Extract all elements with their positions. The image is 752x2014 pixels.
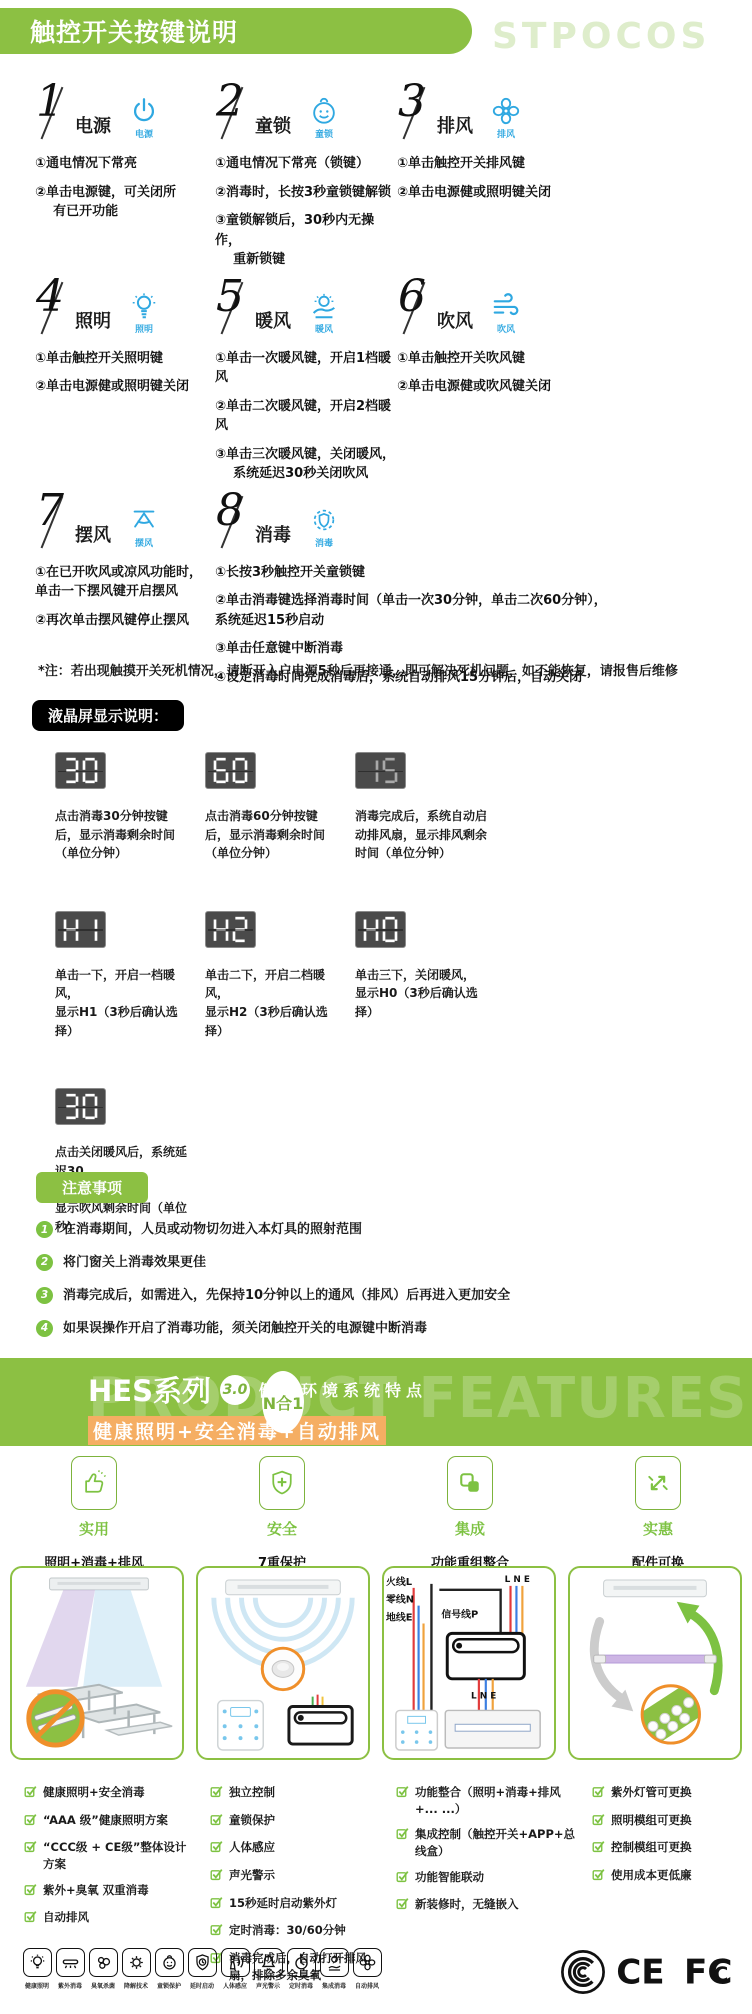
checklist-item: 童锁保护 [210, 1812, 382, 1831]
instruction-step: ①单击触控开关照明键 [35, 349, 215, 369]
checklist-text: 健康照明+安全消毒 [43, 1784, 145, 1803]
footer-icon-label: 声光警示 [256, 1981, 280, 1989]
section-number: 7 [35, 493, 71, 551]
instruction-step: ②再次单击摆风键停止摆风 [35, 611, 215, 631]
check-icon [210, 1922, 223, 1941]
wire-label-lne-mid: L N E [471, 1692, 496, 1702]
degrade-icon: 降解技术 [121, 1948, 151, 1990]
section-number: 2 [215, 84, 251, 142]
svg-text:CE: CE [616, 1954, 664, 1990]
function-section-电源: 1电源电源①通电情况下常亮②单击电源键，可关闭所 有已开功能 [35, 84, 215, 279]
checklist-text: “AAA 级”健康照明方案 [43, 1812, 168, 1831]
checklist-item: 独立控制 [210, 1784, 382, 1803]
checklist-item: 集成控制（触控开关+APP+总线盒） [396, 1826, 578, 1859]
lcd-display-item: 消毒完成后，系统自动启 动排风扇，显示排风剩余 时间（单位分钟） [355, 752, 505, 863]
feature-title: 安全 [258, 1518, 306, 1539]
icon-label: 排风 [497, 127, 515, 140]
function-name: 电源 [75, 112, 111, 138]
lcd-display-item: 点击消毒60分钟按键 后，显示消毒剩余时间 （单位分钟） [205, 752, 355, 863]
check-icon [210, 1867, 223, 1886]
precaution-item: 3消毒完成后，如需进入，先保持10分钟以上的通风（排风）后再进入更加安全 [36, 1287, 736, 1305]
product-illustrations: 火线L 零线N 地线E 信号线P L N E L N E [10, 1566, 742, 1760]
degrade-icon-box [122, 1948, 151, 1977]
function-section-吹风: 6吹风吹风①单击触控开关吹风键②单击电源健或吹风键关闭 [397, 279, 735, 493]
checklist-item: “CCC级 + CE级”整体设计方案 [24, 1839, 196, 1872]
banner-content: HES系列 3.0 健康环境系统特点 健康照明+安全消毒+自动排风 [88, 1369, 427, 1445]
integration-icon [447, 1456, 493, 1510]
icon-label: 吹风 [497, 322, 515, 335]
footer-icon-label: 集成消毒 [322, 1981, 346, 1989]
lcd-screen [355, 752, 406, 789]
page-title: 触控开关按键说明 [30, 13, 238, 49]
lcd-screen [55, 752, 106, 789]
integrated-disinfect-icon-box [320, 1948, 349, 1977]
lcd-caption: 点击消毒30分钟按键 后，显示消毒剩余时间 （单位分钟） [55, 807, 195, 863]
health-light-icon-box [23, 1948, 52, 1977]
timed-disinfect-icon-box [287, 1948, 316, 1977]
lcd-screen [55, 911, 106, 948]
footer-feature-icons: 健康照明紫外消毒臭氧杀菌降解技术童锁保护延时启动人体感应声光警示定时消毒集成消毒… [22, 1948, 382, 1990]
disinfect-icon: 消毒 [309, 505, 339, 549]
exhaust-fan-icon: 排风 [491, 96, 521, 140]
integrated-disinfect-icon: 集成消毒 [319, 1948, 349, 1990]
power-icon: 电源 [129, 96, 159, 140]
instruction-step: ②单击消毒键选择消毒时间（单击一次30分钟，单击二次60分钟）， 系统延迟15秒… [215, 591, 735, 630]
lcd-displays: 点击消毒30分钟按键 后，显示消毒剩余时间 （单位分钟）点击消毒60分钟按键 后… [55, 752, 695, 1236]
fcc-mark: FC C [684, 1954, 738, 1994]
timed-disinfect-icon: 定时消毒 [286, 1948, 316, 1990]
checklist-text: 声光警示 [229, 1867, 275, 1886]
illustration-disinfection-scene [10, 1566, 184, 1760]
feature-column-实用: 实用照明+消毒+排风 [44, 1456, 144, 1578]
precaution-text: 将门窗关上消毒效果更佳 [63, 1254, 206, 1272]
ce-mark: CE [616, 1954, 674, 1994]
function-section-排风: 3排风排风①单击触控开关排风键②单击电源健或照明键关闭 [397, 84, 735, 279]
lcd-display-item: 单击三下，关闭暖风， 显示H0（3秒后确认选择） [355, 911, 505, 1040]
function-name: 童锁 [255, 112, 291, 138]
footer-icon-label: 降解技术 [124, 1981, 148, 1989]
feature-title: 集成 [431, 1518, 509, 1539]
footer: 健康照明紫外消毒臭氧杀菌降解技术童锁保护延时启动人体感应声光警示定时消毒集成消毒… [22, 1948, 738, 1999]
check-icon [24, 1812, 37, 1831]
checklist-text: 15秒延时启动紫外灯 [229, 1895, 337, 1914]
checklist-text: 童锁保护 [229, 1812, 275, 1831]
ozone-sterilize-icon-box [89, 1948, 118, 1977]
precaution-item: 1在消毒期间，人员或动物切勿进入本灯具的照射范围 [36, 1221, 736, 1239]
footer-icon-label: 童锁保护 [157, 1981, 181, 1989]
auto-exhaust-icon: 自动排风 [352, 1948, 382, 1990]
certifications: CE FC C [560, 1949, 738, 1999]
function-name: 吹风 [437, 307, 473, 333]
precaution-number: 4 [36, 1320, 53, 1337]
button-instructions: 1电源电源①通电情况下常亮②单击电源键，可关闭所 有已开功能2童锁童锁①通电情况… [35, 84, 735, 696]
checklist-item: 健康照明+安全消毒 [24, 1784, 196, 1803]
checklist-item: 新装修时，无缝嵌入 [396, 1896, 578, 1915]
wire-label-neutral: 零线N [386, 1593, 414, 1606]
instruction-step: ①通电情况下常亮 [35, 154, 215, 174]
icon-label: 童锁 [315, 127, 333, 140]
feature-title: 实惠 [632, 1518, 684, 1539]
instruction-step: ②单击二次暖风键，开启2档暖风 [215, 397, 397, 436]
checklist-item: 自动排风 [24, 1909, 196, 1928]
precaution-number: 1 [36, 1221, 53, 1238]
checklist-text: 独立控制 [229, 1784, 275, 1803]
checklist-item: 15秒延时启动紫外灯 [210, 1895, 382, 1914]
wiring-diagram: 火线L 零线N 地线E 信号线P L N E L N E [384, 1568, 554, 1758]
lcd-screen [55, 1088, 106, 1125]
icon-label: 暖风 [315, 322, 333, 335]
instruction-step: ②单击电源健或照明键关闭 [397, 183, 735, 203]
instruction-step: ③童锁解锁后，30秒内无操作， 重新锁键 [215, 211, 397, 270]
lcd-caption: 单击三下，关闭暖风， 显示H0（3秒后确认选择） [355, 966, 495, 1022]
check-icon [396, 1784, 409, 1817]
precaution-text: 如果误操作开启了消毒功能，须关闭触控开关的电源键中断消毒 [63, 1320, 427, 1338]
feature-title: 实用 [44, 1518, 144, 1539]
function-section-暖风: 5暖风暖风①单击一次暖风键，开启1档暖风②单击二次暖风键，开启2档暖风③单击三次… [215, 279, 397, 493]
ccc-mark [560, 1949, 606, 1999]
checklist-item: 紫外灯管可更换 [592, 1784, 752, 1803]
check-icon [396, 1826, 409, 1859]
lcd-caption: 点击消毒60分钟按键 后，显示消毒剩余时间 （单位分钟） [205, 807, 345, 863]
features-banner: PRODUCT FEATURES HES系列 3.0 健康环境系统特点 健康照明… [0, 1358, 752, 1446]
footer-icon-label: 健康照明 [25, 1981, 49, 1989]
footer-icon-label: 延时启动 [190, 1981, 214, 1989]
swap-icon [635, 1456, 681, 1510]
precaution-number: 3 [36, 1287, 53, 1304]
check-icon [592, 1867, 605, 1886]
precaution-text: 消毒完成后，如需进入，先保持10分钟以上的通风（排风）后再进入更加安全 [63, 1287, 510, 1305]
illustration-body-sensor [196, 1566, 370, 1760]
lcd-screen [355, 911, 406, 948]
checklist-text: 功能智能联动 [415, 1869, 484, 1888]
checklist-text: 集成控制（触控开关+APP+总线盒） [415, 1826, 578, 1859]
instruction-step: ②单击电源健或吹风键关闭 [397, 377, 735, 397]
checklist-item: 控制模组可更换 [592, 1839, 752, 1858]
illustration-wiring-diagram: 火线L 零线N 地线E 信号线P L N E L N E [382, 1566, 556, 1760]
feature-columns: 实用照明+消毒+排风安全7重保护集成功能重组整合实惠配件可换 [0, 1456, 752, 1578]
child-lock-small-icon-box [155, 1948, 184, 1977]
child-lock-small-icon: 童锁保护 [154, 1948, 184, 1990]
function-name: 摆风 [75, 521, 111, 547]
checklist-text: 照明模组可更换 [611, 1812, 692, 1831]
delay-start-icon-box [188, 1948, 217, 1977]
check-icon [210, 1895, 223, 1914]
instruction-step: ①在已开吹风或凉风功能时， 单击一下摆风键开启摆风 [35, 563, 215, 602]
page-header: 触控开关按键说明 [0, 8, 472, 54]
icon-label: 消毒 [315, 536, 333, 549]
checklist-text: 人体感应 [229, 1839, 275, 1858]
check-icon [24, 1839, 37, 1872]
lcd-screen [205, 752, 256, 789]
check-icon [24, 1882, 37, 1901]
checklist-text: 定时消毒：30/60分钟 [229, 1922, 346, 1941]
section-number: 3 [397, 84, 433, 142]
precaution-text: 在消毒期间，人员或动物切勿进入本灯具的照射范围 [63, 1221, 362, 1239]
svg-text:C: C [714, 1963, 729, 1986]
checklist-item: 声光警示 [210, 1867, 382, 1886]
instruction-step: ②单击电源健或照明键关闭 [35, 377, 215, 397]
checklist-text: 新装修时，无缝嵌入 [415, 1896, 519, 1915]
footer-icon-label: 自动排风 [355, 1981, 379, 1989]
feature-column-安全: 安全7重保护 [258, 1456, 306, 1578]
lcd-display-item: 单击一下，开启一档暖风， 显示H1（3秒后确认选择） [55, 911, 205, 1040]
light-icon: 照明 [129, 291, 159, 335]
lcd-caption: 单击一下，开启一档暖风， 显示H1（3秒后确认选择） [55, 966, 195, 1040]
feature-column-实惠: 实惠配件可换 [632, 1456, 684, 1578]
precautions-list: 1在消毒期间，人员或动物切勿进入本灯具的照射范围2将门窗关上消毒效果更佳3消毒完… [36, 1221, 736, 1338]
checklist-text: 使用成本更低廉 [611, 1867, 692, 1886]
checklist-item: 使用成本更低廉 [592, 1867, 752, 1886]
delay-start-icon: 延时启动 [187, 1948, 217, 1990]
ozone-sterilize-icon: 臭氧杀菌 [88, 1948, 118, 1990]
sound-light-alert-icon-box [254, 1948, 283, 1977]
check-icon [396, 1896, 409, 1915]
series-name: HES系列 [88, 1369, 211, 1410]
note-text: *注：若出现触摸开关死机情况，请断开入户电源5秒后再接通，即可解决死机问题，如不… [38, 660, 738, 679]
lcd-caption: 单击二下，开启二档暖风， 显示H2（3秒后确认选择） [205, 966, 345, 1040]
check-icon [592, 1839, 605, 1858]
wire-label-lne-top: L N E [505, 1575, 530, 1585]
swing-icon: 摆风 [129, 505, 159, 549]
precaution-item: 4如果误操作开启了消毒功能，须关闭触控开关的电源键中断消毒 [36, 1320, 736, 1338]
instruction-step: ③单击任意键中断消毒 [215, 639, 735, 659]
n-in-1-badge: N合1 [262, 1371, 304, 1433]
footer-icon-label: 定时消毒 [289, 1981, 313, 1989]
section-number: 8 [215, 493, 251, 551]
classroom-disinfection-illustration [12, 1568, 182, 1758]
check-icon [24, 1909, 37, 1928]
page: 触控开关按键说明 STPOCOS 1电源电源①通电情况下常亮②单击电源键，可关闭… [0, 0, 752, 2014]
sound-light-alert-icon: 声光警示 [253, 1948, 283, 1990]
lcd-display-item: 单击二下，开启二档暖风， 显示H2（3秒后确认选择） [205, 911, 355, 1040]
uv-disinfect-icon: 紫外消毒 [55, 1948, 85, 1990]
lcd-display-item: 点击消毒30分钟按键 后，显示消毒剩余时间 （单位分钟） [55, 752, 205, 863]
checklist-item: 功能智能联动 [396, 1869, 578, 1888]
checklist-item: 紫外+臭氧 双重消毒 [24, 1882, 196, 1901]
instruction-step: ③单击三次暖风键，关闭暖风， 系统延迟30秒关闭吹风 [215, 445, 397, 484]
check-icon [210, 1839, 223, 1858]
precaution-item: 2将门窗关上消毒效果更佳 [36, 1254, 736, 1272]
checklist-text: 自动排风 [43, 1909, 89, 1928]
function-section-童锁: 2童锁童锁①通电情况下常亮（锁键）②消毒时，长按3秒童锁键解锁③童锁解锁后，30… [215, 84, 397, 279]
shield-cross-icon [259, 1456, 305, 1510]
version-badge: 3.0 [220, 1375, 250, 1405]
sensor-control-illustration [198, 1568, 368, 1758]
wire-label-earth: 地线E [386, 1611, 413, 1624]
lcd-section-title: 液晶屏显示说明： [32, 700, 184, 731]
checklist-item: 定时消毒：30/60分钟 [210, 1922, 382, 1941]
checklist-text: 紫外灯管可更换 [611, 1784, 692, 1803]
child-lock-icon: 童锁 [309, 96, 339, 140]
icon-label: 电源 [135, 127, 153, 140]
checklist-text: 控制模组可更换 [611, 1839, 692, 1858]
precautions-section: 注意事项 1在消毒期间，人员或动物切勿进入本灯具的照射范围2将门窗关上消毒效果更… [36, 1172, 736, 1353]
instruction-step: ①单击触控开关吹风键 [397, 349, 735, 369]
illustration-replaceable-parts [568, 1566, 742, 1760]
body-sensor-icon-box [221, 1948, 250, 1977]
check-icon [24, 1784, 37, 1803]
blow-icon: 吹风 [491, 291, 521, 335]
check-icon [396, 1869, 409, 1888]
wire-label-live: 火线L [386, 1575, 413, 1588]
instruction-step: ①单击一次暖风键，开启1档暖风 [215, 349, 397, 388]
brand-watermark: STPOCOS [492, 16, 710, 57]
checklist-text: 功能整合（照明+消毒+排风+... ...） [415, 1784, 578, 1817]
precaution-number: 2 [36, 1254, 53, 1271]
checklist-item: “AAA 级”健康照明方案 [24, 1812, 196, 1831]
health-light-icon: 健康照明 [22, 1948, 52, 1990]
replaceable-parts-illustration [570, 1568, 740, 1758]
lcd-caption: 消毒完成后，系统自动启 动排风扇，显示排风剩余 时间（单位分钟） [355, 807, 495, 863]
lcd-screen [205, 911, 256, 948]
section-number: 6 [397, 279, 433, 337]
function-name: 暖风 [255, 307, 291, 333]
feature-column-集成: 集成功能重组整合 [431, 1456, 509, 1578]
body-sensor-icon: 人体感应 [220, 1948, 250, 1990]
checklist-text: “CCC级 + CE级”整体设计方案 [43, 1839, 196, 1872]
checklist-item: 人体感应 [210, 1839, 382, 1858]
check-icon [592, 1812, 605, 1831]
uv-disinfect-icon-box [56, 1948, 85, 1977]
function-section-照明: 4照明照明①单击触控开关照明键②单击电源健或照明键关闭 [35, 279, 215, 493]
function-name: 照明 [75, 307, 111, 333]
footer-icon-label: 紫外消毒 [58, 1981, 82, 1989]
instruction-step: ①长按3秒触控开关童锁键 [215, 563, 735, 583]
section-number: 1 [35, 84, 71, 142]
function-name: 消毒 [255, 521, 291, 547]
instruction-step: ②单击电源键，可关闭所 有已开功能 [35, 183, 215, 222]
banner-highlight: 健康照明+安全消毒+自动排风 [88, 1416, 386, 1445]
icon-label: 摆风 [135, 536, 153, 549]
instruction-step: ①通电情况下常亮（锁键） [215, 154, 397, 174]
check-icon [592, 1784, 605, 1803]
check-icon [210, 1812, 223, 1831]
checklist-item: 照明模组可更换 [592, 1812, 752, 1831]
checklist-text: 紫外+臭氧 双重消毒 [43, 1882, 149, 1901]
section-number: 5 [215, 279, 251, 337]
section-number: 4 [35, 279, 71, 337]
warm-icon: 暖风 [309, 291, 339, 335]
thumbs-up-icon [71, 1456, 117, 1510]
checklist-item: 功能整合（照明+消毒+排风+... ...） [396, 1784, 578, 1817]
check-icon [210, 1784, 223, 1803]
wire-label-signal: 信号线P [441, 1608, 478, 1621]
instruction-step: ②消毒时，长按3秒童锁键解锁 [215, 183, 397, 203]
icon-label: 照明 [135, 322, 153, 335]
function-name: 排风 [437, 112, 473, 138]
precautions-title: 注意事项 [36, 1172, 148, 1203]
footer-icon-label: 臭氧杀菌 [91, 1981, 115, 1989]
auto-exhaust-icon-box [353, 1948, 382, 1977]
footer-icon-label: 人体感应 [223, 1981, 247, 1989]
instruction-step: ①单击触控开关排风键 [397, 154, 735, 174]
